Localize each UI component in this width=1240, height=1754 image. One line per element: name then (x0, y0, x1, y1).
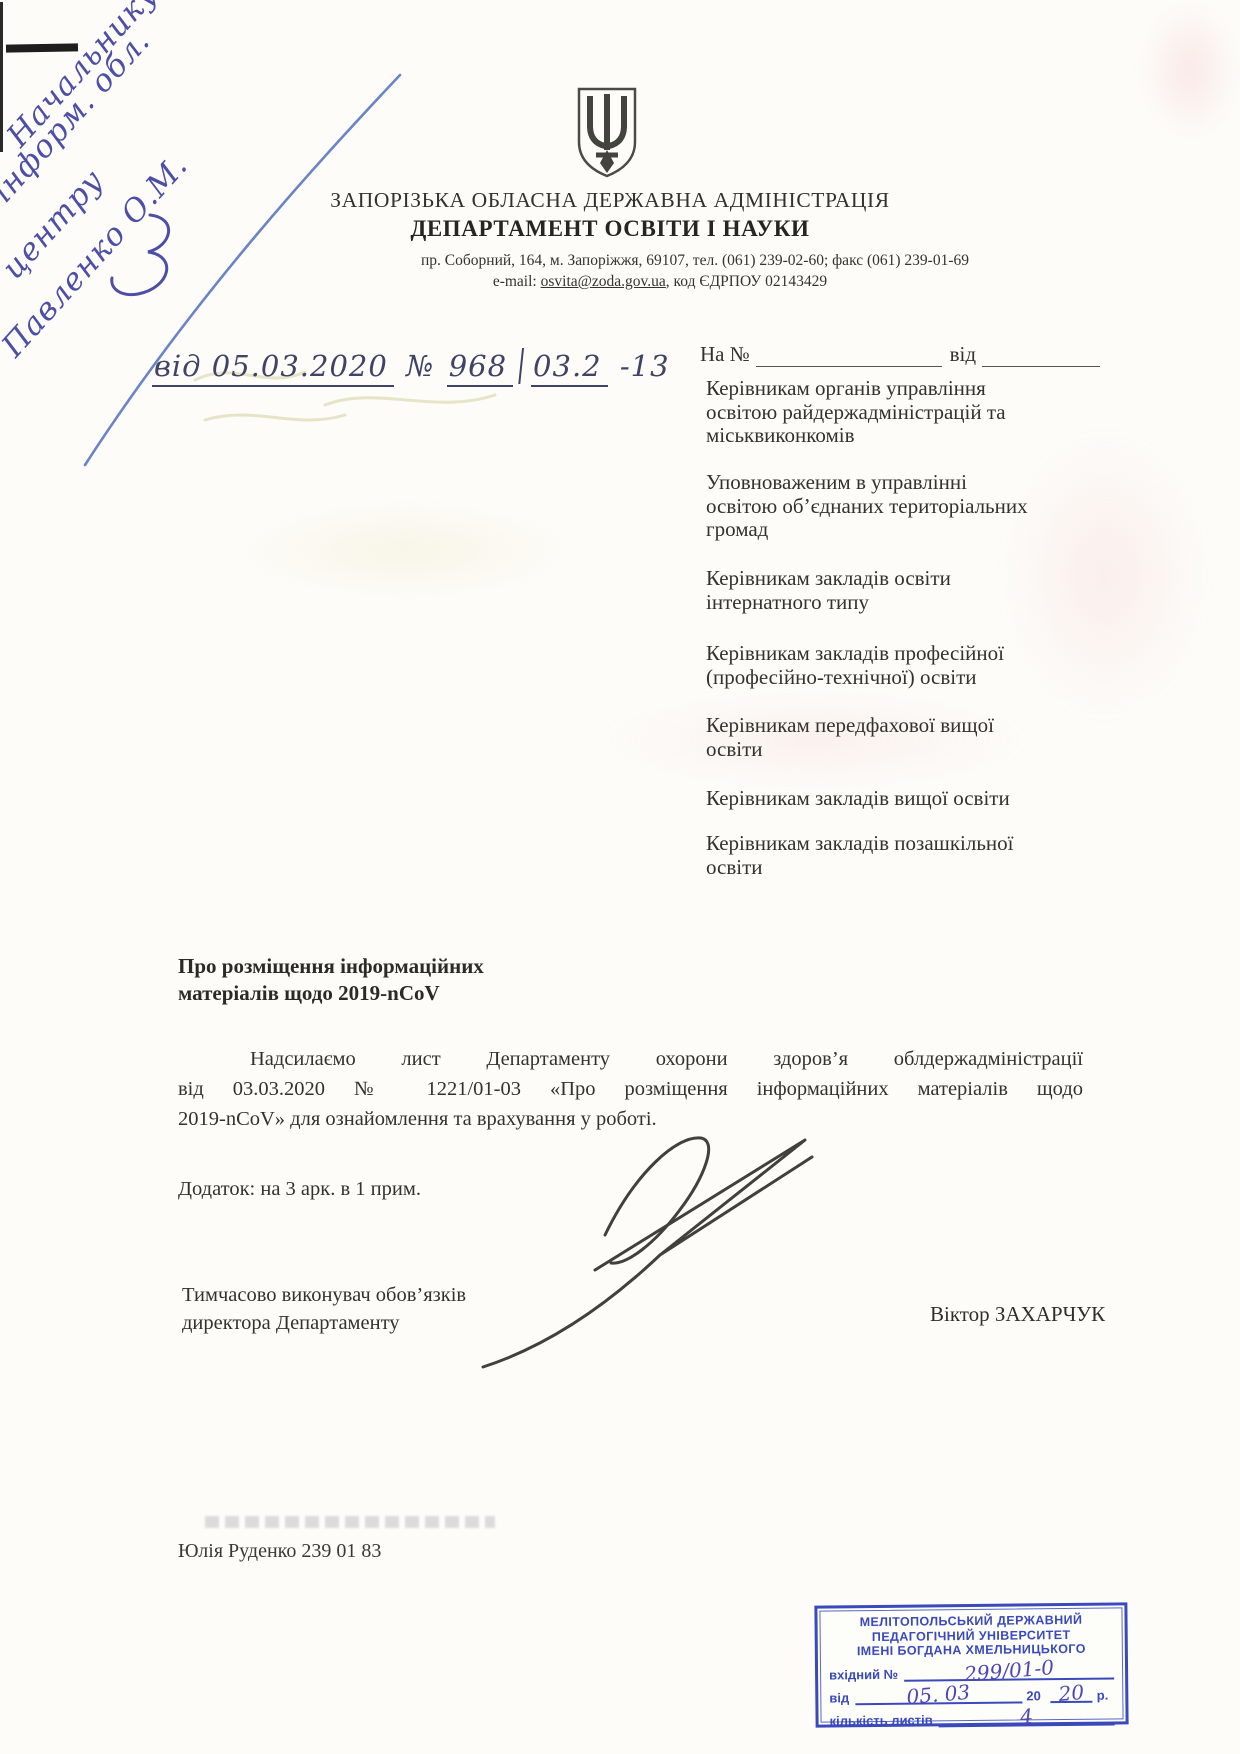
body-line: Надсилаємо лист Департаменту охорони здо… (178, 1044, 1083, 1074)
recipient-line: Керівникам органів управління (706, 377, 1126, 401)
stamp-year-prefix: 20 (1022, 1688, 1047, 1703)
recipient-block: Керівникам закладів позашкільної освіти (706, 832, 1126, 879)
recipient-block: Керівникам закладів вищої освіти (706, 787, 1126, 811)
stamp-sheets-value: 4 (1019, 1705, 1033, 1726)
stamp-inner-frame: МЕЛІТОПОЛЬСЬКИЙ ДЕРЖАВНИЙ ПЕДАГОГІЧНИЙ У… (819, 1607, 1123, 1722)
stamp-sheets-label: кількість листів (829, 1712, 938, 1728)
recipient-line: Керівникам передфахової вищої (706, 714, 1126, 738)
stamp-incoming-number-row: вхідний № 299/01-0 (829, 1662, 1114, 1682)
subject-heading: Про розміщення інформаційних матеріалів … (178, 953, 484, 1007)
email-tail: , код ЄДРПОУ 02143429 (666, 273, 827, 290)
executor-contact-line: Юлія Руденко 239 01 83 (178, 1540, 381, 1563)
subject-line: Про розміщення інформаційних (178, 953, 484, 980)
outgoing-suffix: -13 (618, 349, 672, 383)
stamp-org-line: ІМЕНІ БОГДАНА ХМЕЛЬНИЦЬКОГО (829, 1642, 1114, 1659)
stamp-year-blank: 20 (1051, 1685, 1093, 1702)
recipient-line: Керівникам закладів вищої освіти (706, 787, 1126, 811)
stamp-incoming-number-value: 299/01-0 (963, 1657, 1054, 1684)
recipient-line: освітою об’єднаних територіальних (706, 495, 1126, 519)
recipient-line: міськвиконкомів (706, 424, 1126, 448)
recipient-line: (професійно-технічної) освіти (706, 666, 1126, 690)
recipient-line: Керівникам закладів позашкільної (706, 832, 1126, 856)
outgoing-registration-handwriting: від 05.03.2020 № 96803.2 -13 (152, 340, 672, 383)
email-label: e-mail: (493, 273, 541, 290)
subject-line: матеріалів щодо 2019-nCoV (178, 980, 484, 1007)
pen-divider-stroke (518, 348, 524, 384)
signer-position: Тимчасово виконувач обов’язків директора… (182, 1281, 466, 1337)
stamp-sheets-row: кількість листів 4 (829, 1708, 1114, 1728)
stamp-date-blank: 05. 03 (855, 1686, 1022, 1705)
stamp-incoming-number-blank: 299/01-0 (904, 1662, 1114, 1681)
recipient-line: освіти (706, 856, 1126, 880)
pen-flourish-stroke (0, 50, 440, 490)
stamp-year-value: 20 (1058, 1681, 1085, 1703)
body-line: від 03.03.2020 № 1221/01-03 «Про розміще… (178, 1074, 1083, 1104)
org-name-line2: ДЕПАРТАМЕНТ ОСВІТИ І НАУКИ (170, 216, 1050, 242)
number-sign: № (404, 349, 436, 383)
recipient-line: освіти (706, 738, 1126, 762)
recipient-line: Уповноваженим в управлінні (706, 471, 1126, 495)
vid-date-blank (982, 344, 1100, 367)
recipient-line: Керівникам закладів освіти (706, 567, 1126, 591)
na-number-label: На № (700, 342, 756, 367)
stamp-date-label: від (829, 1690, 855, 1705)
outgoing-index: 03.2 (531, 349, 608, 387)
bleedthrough-artifact (230, 500, 580, 600)
stamp-date-row: від 05. 03 20 20 р. (829, 1685, 1114, 1705)
reply-reference-line: На № від (700, 342, 1100, 367)
scanned-letter-page: Начальнику інформ. обл. центру Павленко … (0, 0, 1240, 1754)
coat-of-arms-trident-icon (575, 86, 639, 180)
recipient-line: Керівникам закладів професійної (706, 642, 1126, 666)
incoming-registration-stamp: МЕЛІТОПОЛЬСЬКИЙ ДЕРЖАВНИЙ ПЕДАГОГІЧНИЙ У… (814, 1602, 1128, 1727)
recipient-line: інтернатного типу (706, 591, 1126, 615)
stamp-sheets-blank: 4 (939, 1708, 1115, 1727)
email-address: osvita@zoda.gov.ua (541, 273, 666, 290)
vid-label: від (942, 342, 982, 367)
na-number-blank (756, 344, 942, 367)
bleedthrough-artifact (205, 1516, 495, 1528)
outgoing-date: від 05.03.2020 (152, 349, 394, 387)
stamp-incoming-number-label: вхідний № (829, 1666, 904, 1682)
recipient-block: Керівникам органів управління освітою ра… (706, 377, 1126, 448)
recipient-block: Уповноваженим в управлінні освітою об’єд… (706, 471, 1126, 542)
recipient-block: Керівникам закладів освіти інтернатного … (706, 567, 1126, 614)
stamp-date-value: 05. 03 (906, 1681, 971, 1706)
bleedthrough-artifact (1140, 0, 1240, 140)
recipient-block: Керівникам закладів професійної (професі… (706, 642, 1126, 689)
handwritten-signature (455, 1115, 835, 1375)
signer-position-line: директора Департаменту (182, 1309, 466, 1337)
recipient-line: освітою райдержадміністрацій та (706, 401, 1126, 425)
signer-name: Віктор ЗАХАРЧУК (930, 1302, 1105, 1327)
attachment-note: Додаток: на 3 арк. в 1 прим. (178, 1178, 421, 1201)
stamp-year-suffix: р. (1097, 1687, 1115, 1702)
outgoing-number: 968 (447, 349, 513, 387)
org-name-line1: ЗАПОРІЗЬКА ОБЛАСНА ДЕРЖАВНА АДМІНІСТРАЦІ… (170, 188, 1050, 213)
recipient-line: громад (706, 518, 1126, 542)
recipient-block: Керівникам передфахової вищої освіти (706, 714, 1126, 761)
signer-position-line: Тимчасово виконувач обов’язків (182, 1281, 466, 1309)
org-address-line: пр. Соборний, 164, м. Запоріжжя, 69107, … (300, 252, 1090, 270)
org-email-line: e-mail: osvita@zoda.gov.ua, код ЄДРПОУ 0… (350, 273, 970, 291)
